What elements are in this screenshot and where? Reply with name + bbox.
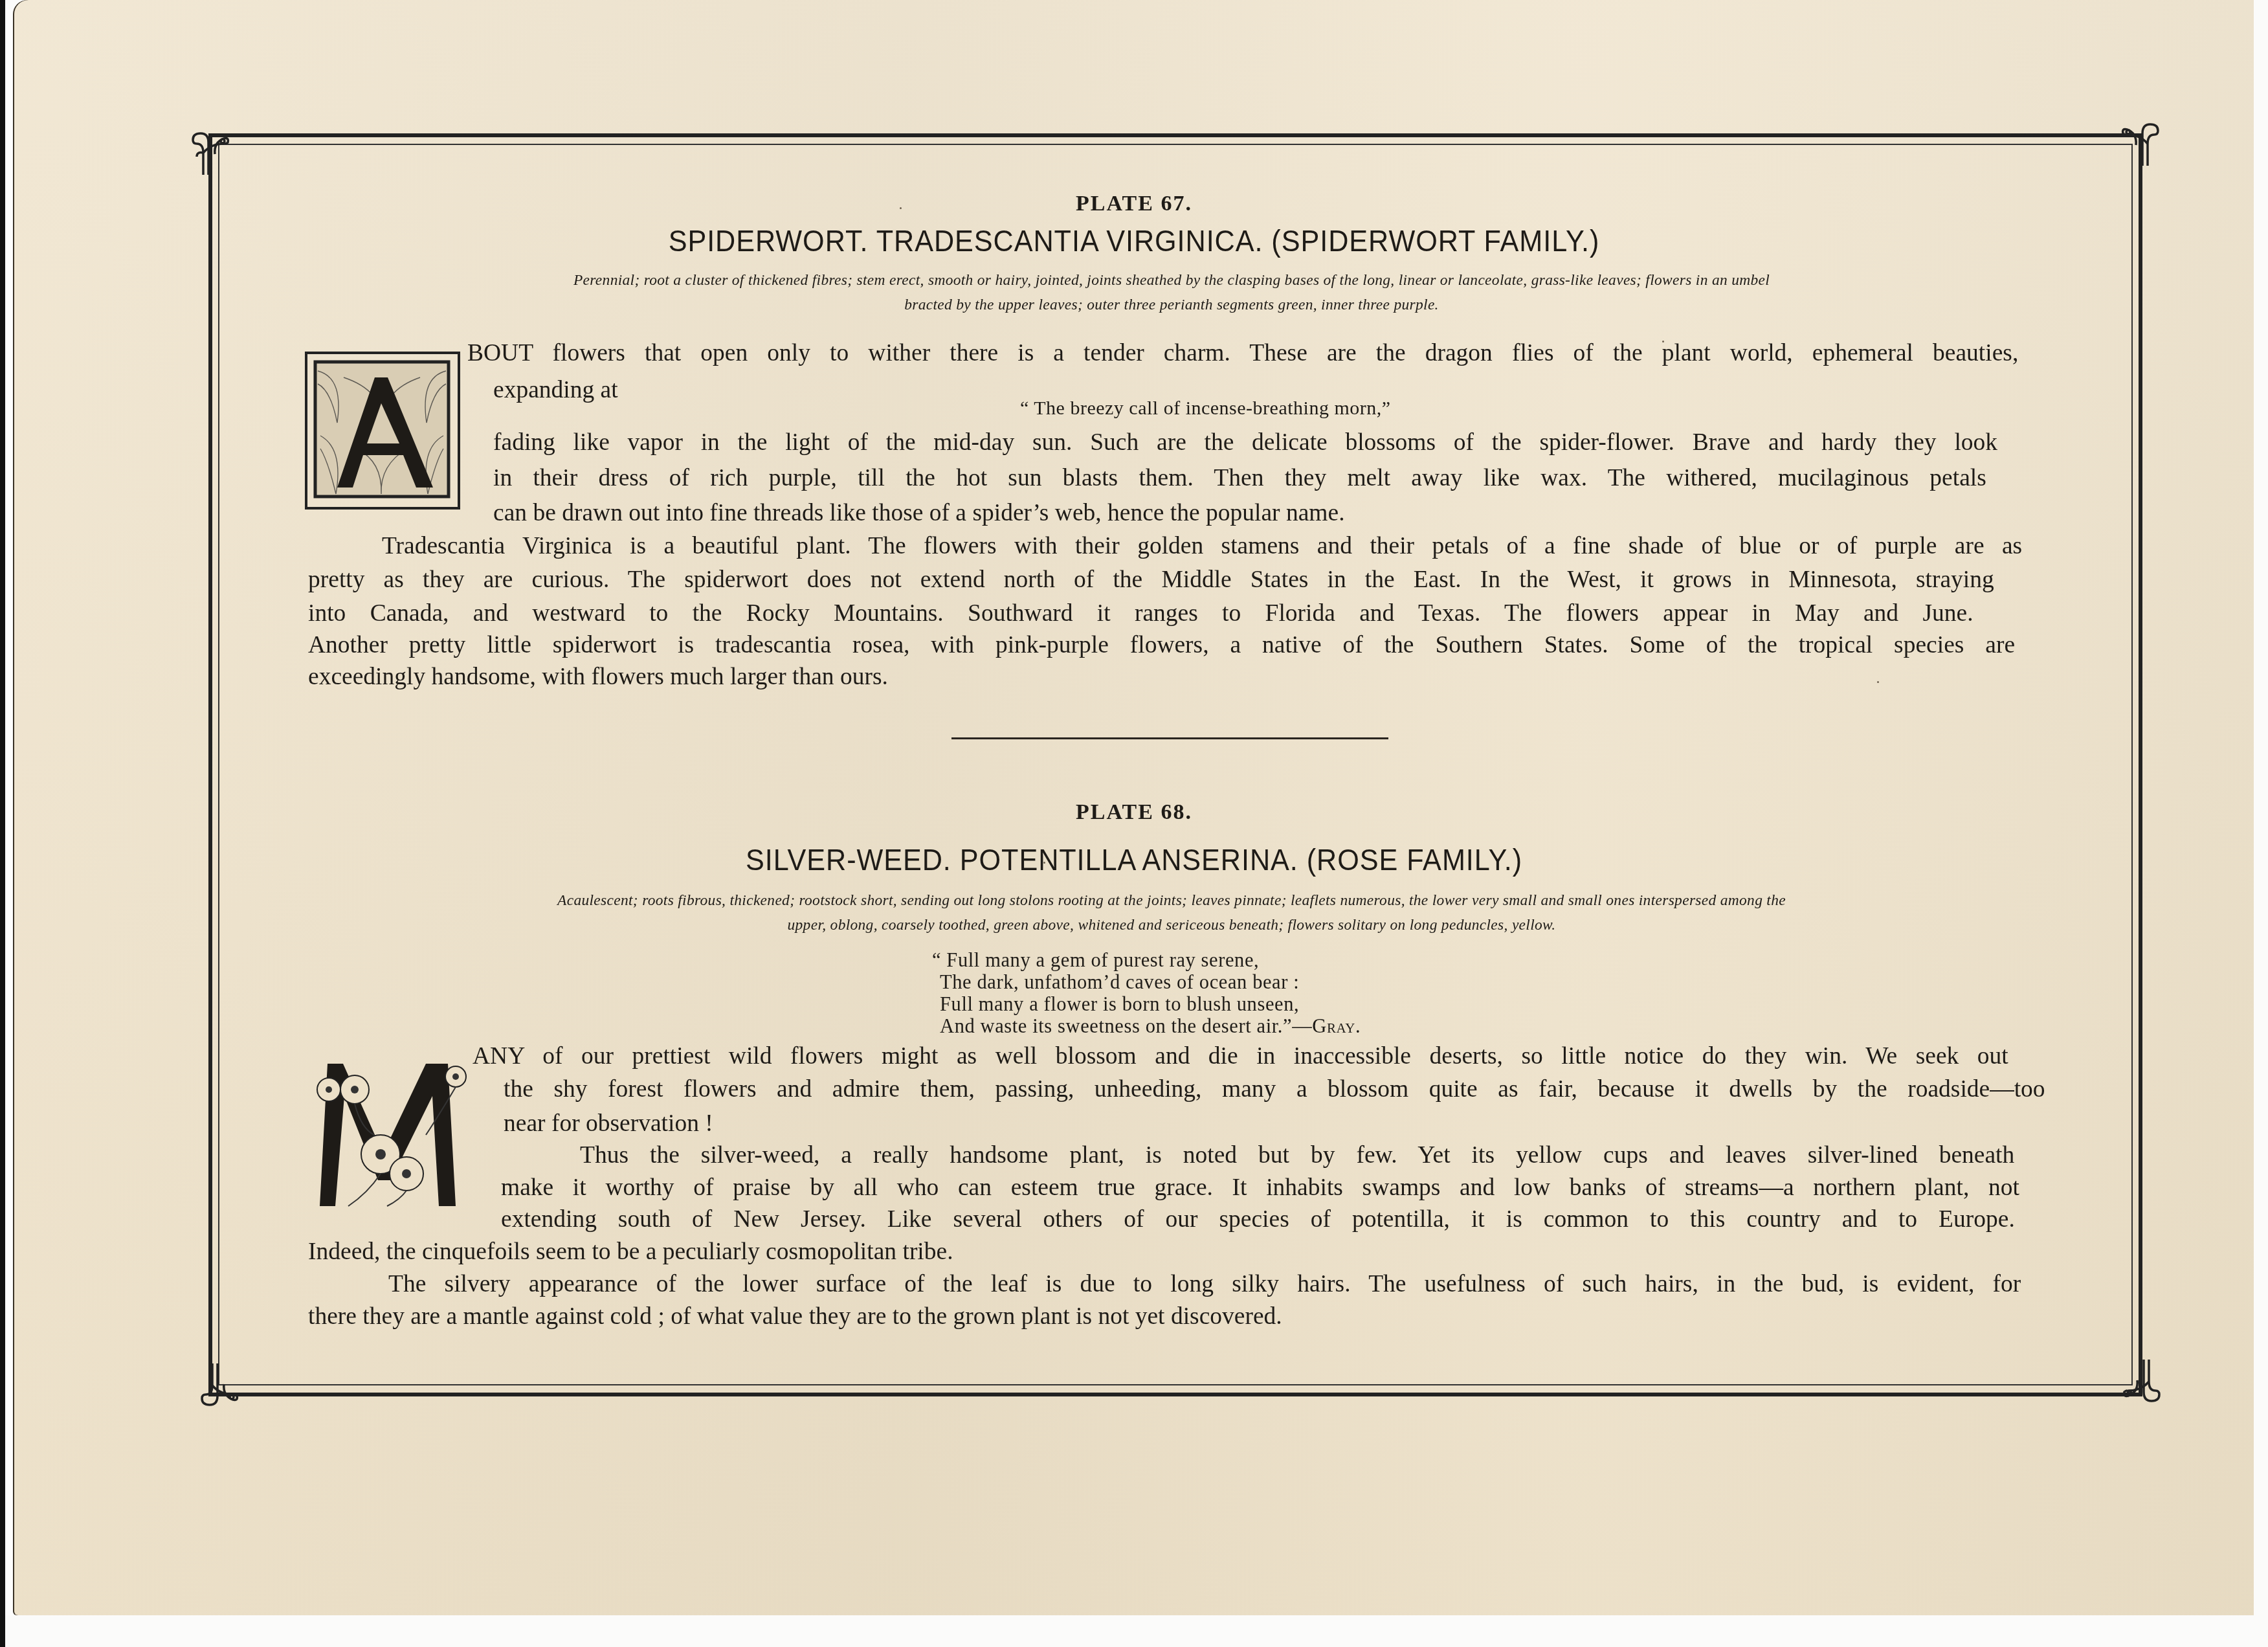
corner-ornament-icon bbox=[192, 129, 237, 175]
paper-speck bbox=[900, 207, 902, 209]
paragraph-line: The silvery appearance of the lower surf… bbox=[388, 1270, 2021, 1298]
paragraph-line: fading like vapor in the light of the mi… bbox=[493, 429, 1997, 456]
paragraph-line: exceedingly handsome, with flowers much … bbox=[308, 663, 888, 691]
paragraph-line: ANY of our prettiest wild flowers might … bbox=[472, 1042, 2008, 1070]
verse-quote: “ Full many a gem of purest ray serene, … bbox=[932, 949, 1361, 1037]
verse-line: Full many a flower is born to blush unse… bbox=[932, 993, 1361, 1015]
plate-67-label: PLATE 67. bbox=[0, 192, 2268, 216]
paper-speck bbox=[1877, 681, 1879, 683]
corner-ornament-icon bbox=[201, 1363, 246, 1409]
paragraph-line: Another pretty little spiderwort is trad… bbox=[308, 631, 2015, 659]
paper-speck bbox=[1662, 341, 1664, 342]
paragraph-line: into Canada, and westward to the Rocky M… bbox=[308, 599, 1973, 627]
verse-line: The dark, unfathom’d caves of ocean bear… bbox=[932, 971, 1361, 993]
dropcap-m-icon bbox=[309, 1051, 471, 1213]
paper-speck bbox=[1043, 862, 1045, 864]
paragraph-line: Indeed, the cinquefoils seem to be a pec… bbox=[308, 1238, 953, 1266]
plate-68-title: SILVER-WEED. POTENTILLA ANSERINA. (ROSE … bbox=[91, 842, 2177, 877]
paragraph-line: can be drawn out into fine threads like … bbox=[493, 499, 1345, 527]
paragraph-line: near for observation ! bbox=[504, 1110, 713, 1137]
dropcap-a-icon bbox=[305, 352, 460, 510]
paragraph-line: Tradescantia Virginica is a beautiful pl… bbox=[382, 532, 2022, 560]
paragraph-line: Thus the silver-weed, a really handsome … bbox=[580, 1141, 2014, 1169]
corner-ornament-icon bbox=[2115, 1360, 2161, 1405]
plate-68-label: PLATE 68. bbox=[0, 800, 2268, 825]
paragraph-line: the shy forest flowers and admire them, … bbox=[504, 1075, 2045, 1103]
corner-ornament-icon bbox=[2114, 120, 2159, 166]
paragraph-line: make it worthy of praise by all who can … bbox=[501, 1174, 2019, 1202]
paragraph-line: expanding at bbox=[493, 376, 618, 404]
verse-line: And waste its sweetness on the desert ai… bbox=[932, 1015, 1361, 1037]
plate-68-description: Acaulescent; roots fibrous, thickened; r… bbox=[324, 888, 2019, 937]
paragraph-line: extending south of New Jersey. Like seve… bbox=[501, 1205, 2015, 1233]
plate-67-description: Perennial; root a cluster of thickened f… bbox=[324, 268, 2019, 317]
paragraph-line: in their dress of rich purple, till the … bbox=[493, 464, 1986, 492]
verse-line: “ Full many a gem of purest ray serene, bbox=[932, 949, 1361, 971]
description-line: bracted by the upper leaves; outer three… bbox=[324, 293, 2019, 317]
description-line: Perennial; root a cluster of thickened f… bbox=[324, 268, 2019, 293]
verse-attribution: Gray. bbox=[1312, 1015, 1361, 1037]
inline-quote: “ The breezy call of incense-breathing m… bbox=[1020, 398, 1391, 420]
paragraph-line: there they are a mantle against cold ; o… bbox=[308, 1303, 1282, 1330]
description-line: Acaulescent; roots fibrous, thickened; r… bbox=[324, 888, 2019, 913]
paragraph-line: BOUT flowers that open only to wither th… bbox=[467, 339, 2018, 367]
description-line: upper, oblong, coarsely toothed, green a… bbox=[324, 913, 2019, 937]
paragraph-line: pretty as they are curious. The spiderwo… bbox=[308, 566, 1994, 594]
plate-67-title: SPIDERWORT. TRADESCANTIA VIRGINICA. (SPI… bbox=[91, 223, 2177, 258]
section-divider bbox=[951, 737, 1388, 739]
